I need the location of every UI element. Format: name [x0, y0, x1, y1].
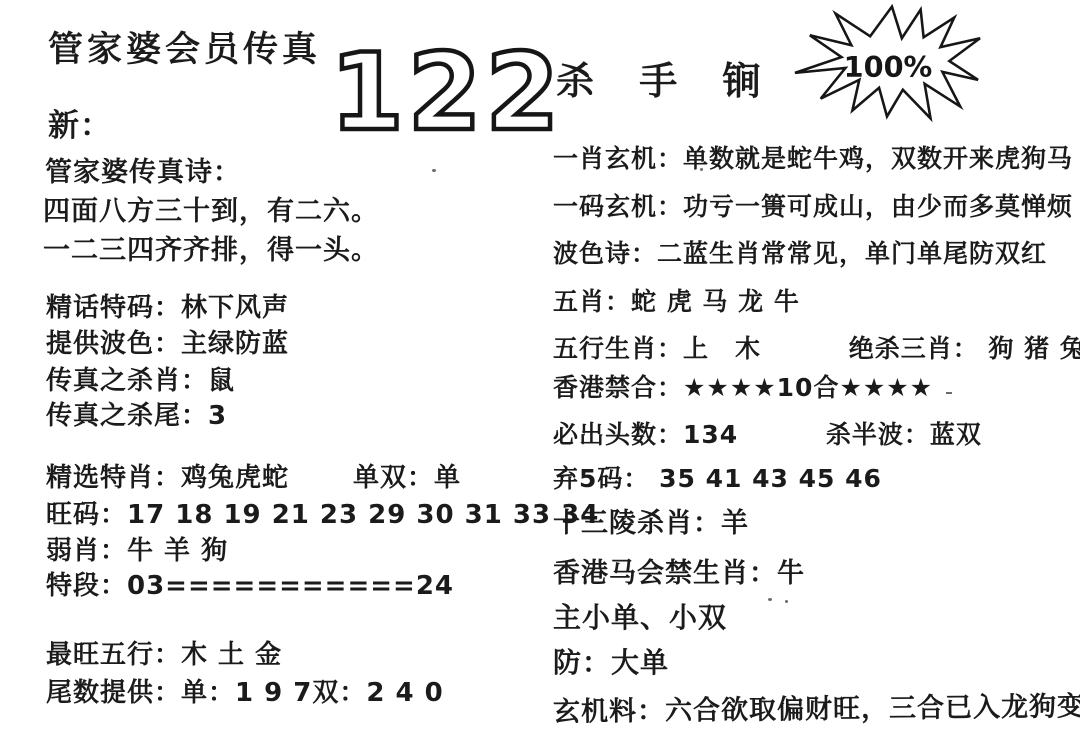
scan-noise-dot	[768, 598, 772, 601]
scan-noise-dot	[785, 600, 788, 603]
scan-noise-dot	[700, 168, 703, 171]
main-small-line: 主小单、小双	[553, 596, 727, 636]
hk-jockey-ban-line: 香港马会禁生肖：牛	[553, 551, 805, 590]
burst-percent-label: 100%	[844, 50, 933, 84]
guard-line: 防：大单	[553, 641, 669, 681]
must-head-line: 必出头数：134 杀半波：蓝双	[553, 415, 982, 451]
tail-numbers-line: 尾数提供：单：1 9 7双：2 4 0	[46, 672, 444, 709]
poem-line-1: 四面八方三十到，有二六。	[43, 189, 379, 228]
element-zodiac-line: 五行生肖：上 木 绝杀三肖： 狗 猪 兔	[553, 329, 1080, 365]
scan-noise-dot	[946, 392, 952, 394]
special-segment-line: 特段：03===========24	[46, 565, 454, 602]
weak-zodiac-line: 弱肖：牛 羊 狗	[46, 530, 228, 567]
one-code-clue-line: 一码玄机：功亏一篑可成山，由少而多莫惮烦	[553, 187, 1073, 223]
hot-numbers-line: 旺码：17 18 19 21 23 29 30 31 33 34	[46, 494, 599, 531]
poem-title: 管家婆传真诗：	[45, 150, 241, 189]
fax-page: 管家婆会员传真 新： 管家婆传真诗： 四面八方三十到，有二六。 一二三四齐齐排，…	[0, 0, 1080, 750]
fax-kill-zodiac-line: 传真之杀肖：鼠	[46, 360, 235, 397]
wave-color-line: 提供波色：主绿防蓝	[46, 323, 289, 360]
new-label: 新：	[48, 100, 112, 145]
special-code-line: 精话特码：林下风声	[46, 287, 289, 324]
five-zodiac-line: 五肖：蛇 虎 马 龙 牛	[553, 282, 800, 318]
issue-number: 122	[330, 40, 563, 146]
selected-zodiac-line: 精选特肖：鸡兔虎蛇 单双：单	[46, 457, 461, 494]
shisanling-kill-line: 十三陵杀肖：羊	[553, 501, 749, 540]
poem-line-2: 一二三四齐齐排，得一头。	[43, 228, 379, 267]
one-zodiac-clue-line: 一肖玄机：单数就是蛇牛鸡，双数开来虎狗马	[553, 139, 1073, 175]
scan-noise-dot	[432, 169, 436, 172]
mystery-material-line: 玄机料：六合欲取偏财旺，三合已入龙狗变	[553, 684, 1080, 729]
wave-poem-line: 波色诗：二蓝生肖常常见，单门单尾防双红	[553, 234, 1047, 270]
killer-section-title: 杀 手 锏	[556, 50, 776, 105]
hk-stars-line: 香港禁合：★★★★10合★★★★	[553, 368, 933, 404]
fax-kill-tail-line: 传真之杀尾：3	[46, 395, 227, 432]
five-elements-line: 最旺五行：木 土 金	[46, 634, 282, 671]
doc-title: 管家婆会员传真	[48, 22, 321, 72]
discard-codes-line: 弃5码： 35 41 43 45 46	[553, 459, 882, 495]
starburst-badge: 100%	[793, 4, 981, 122]
